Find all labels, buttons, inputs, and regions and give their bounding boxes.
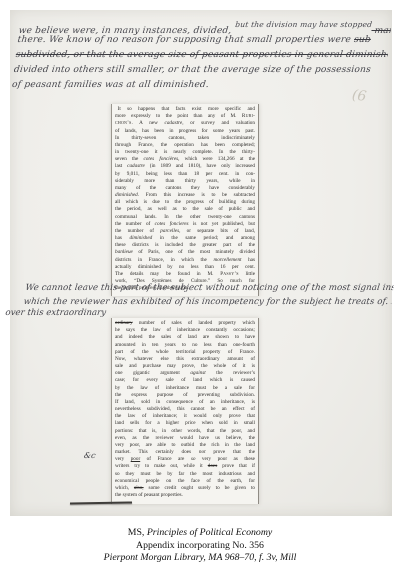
caption: MS, Principles of Political Economy Appe… [0, 527, 400, 565]
caption-line-3: Pierpont Morgan Library, MA 968–70, f. 3… [0, 552, 400, 565]
printed-clipping-upper: It so happens that facts exist more spec… [111, 104, 259, 296]
printed-clipping-lower: ordinary number of sales of landed prope… [111, 318, 259, 504]
caption-line-1: MS, Principles of Political Economy [0, 527, 400, 540]
handwritten-margin-continuation: over this extraordinary [4, 308, 116, 323]
handwritten-revision-top: we believe were, in many instances, divi… [11, 20, 392, 95]
handwritten-interlinear-note: We cannot leave this part of the subject… [23, 283, 394, 310]
margin-ampersand-mark: &c [83, 451, 96, 460]
pencil-folio-mark: (6 [351, 87, 367, 105]
manuscript-facsimile-page: we believe were, in many instances, divi… [0, 0, 400, 583]
caption-line-2: Appendix incorporating No. 356 [0, 540, 400, 553]
caption-work-title: Principles of Political Economy [147, 527, 272, 538]
caption-ms-label: MS, [128, 527, 147, 538]
